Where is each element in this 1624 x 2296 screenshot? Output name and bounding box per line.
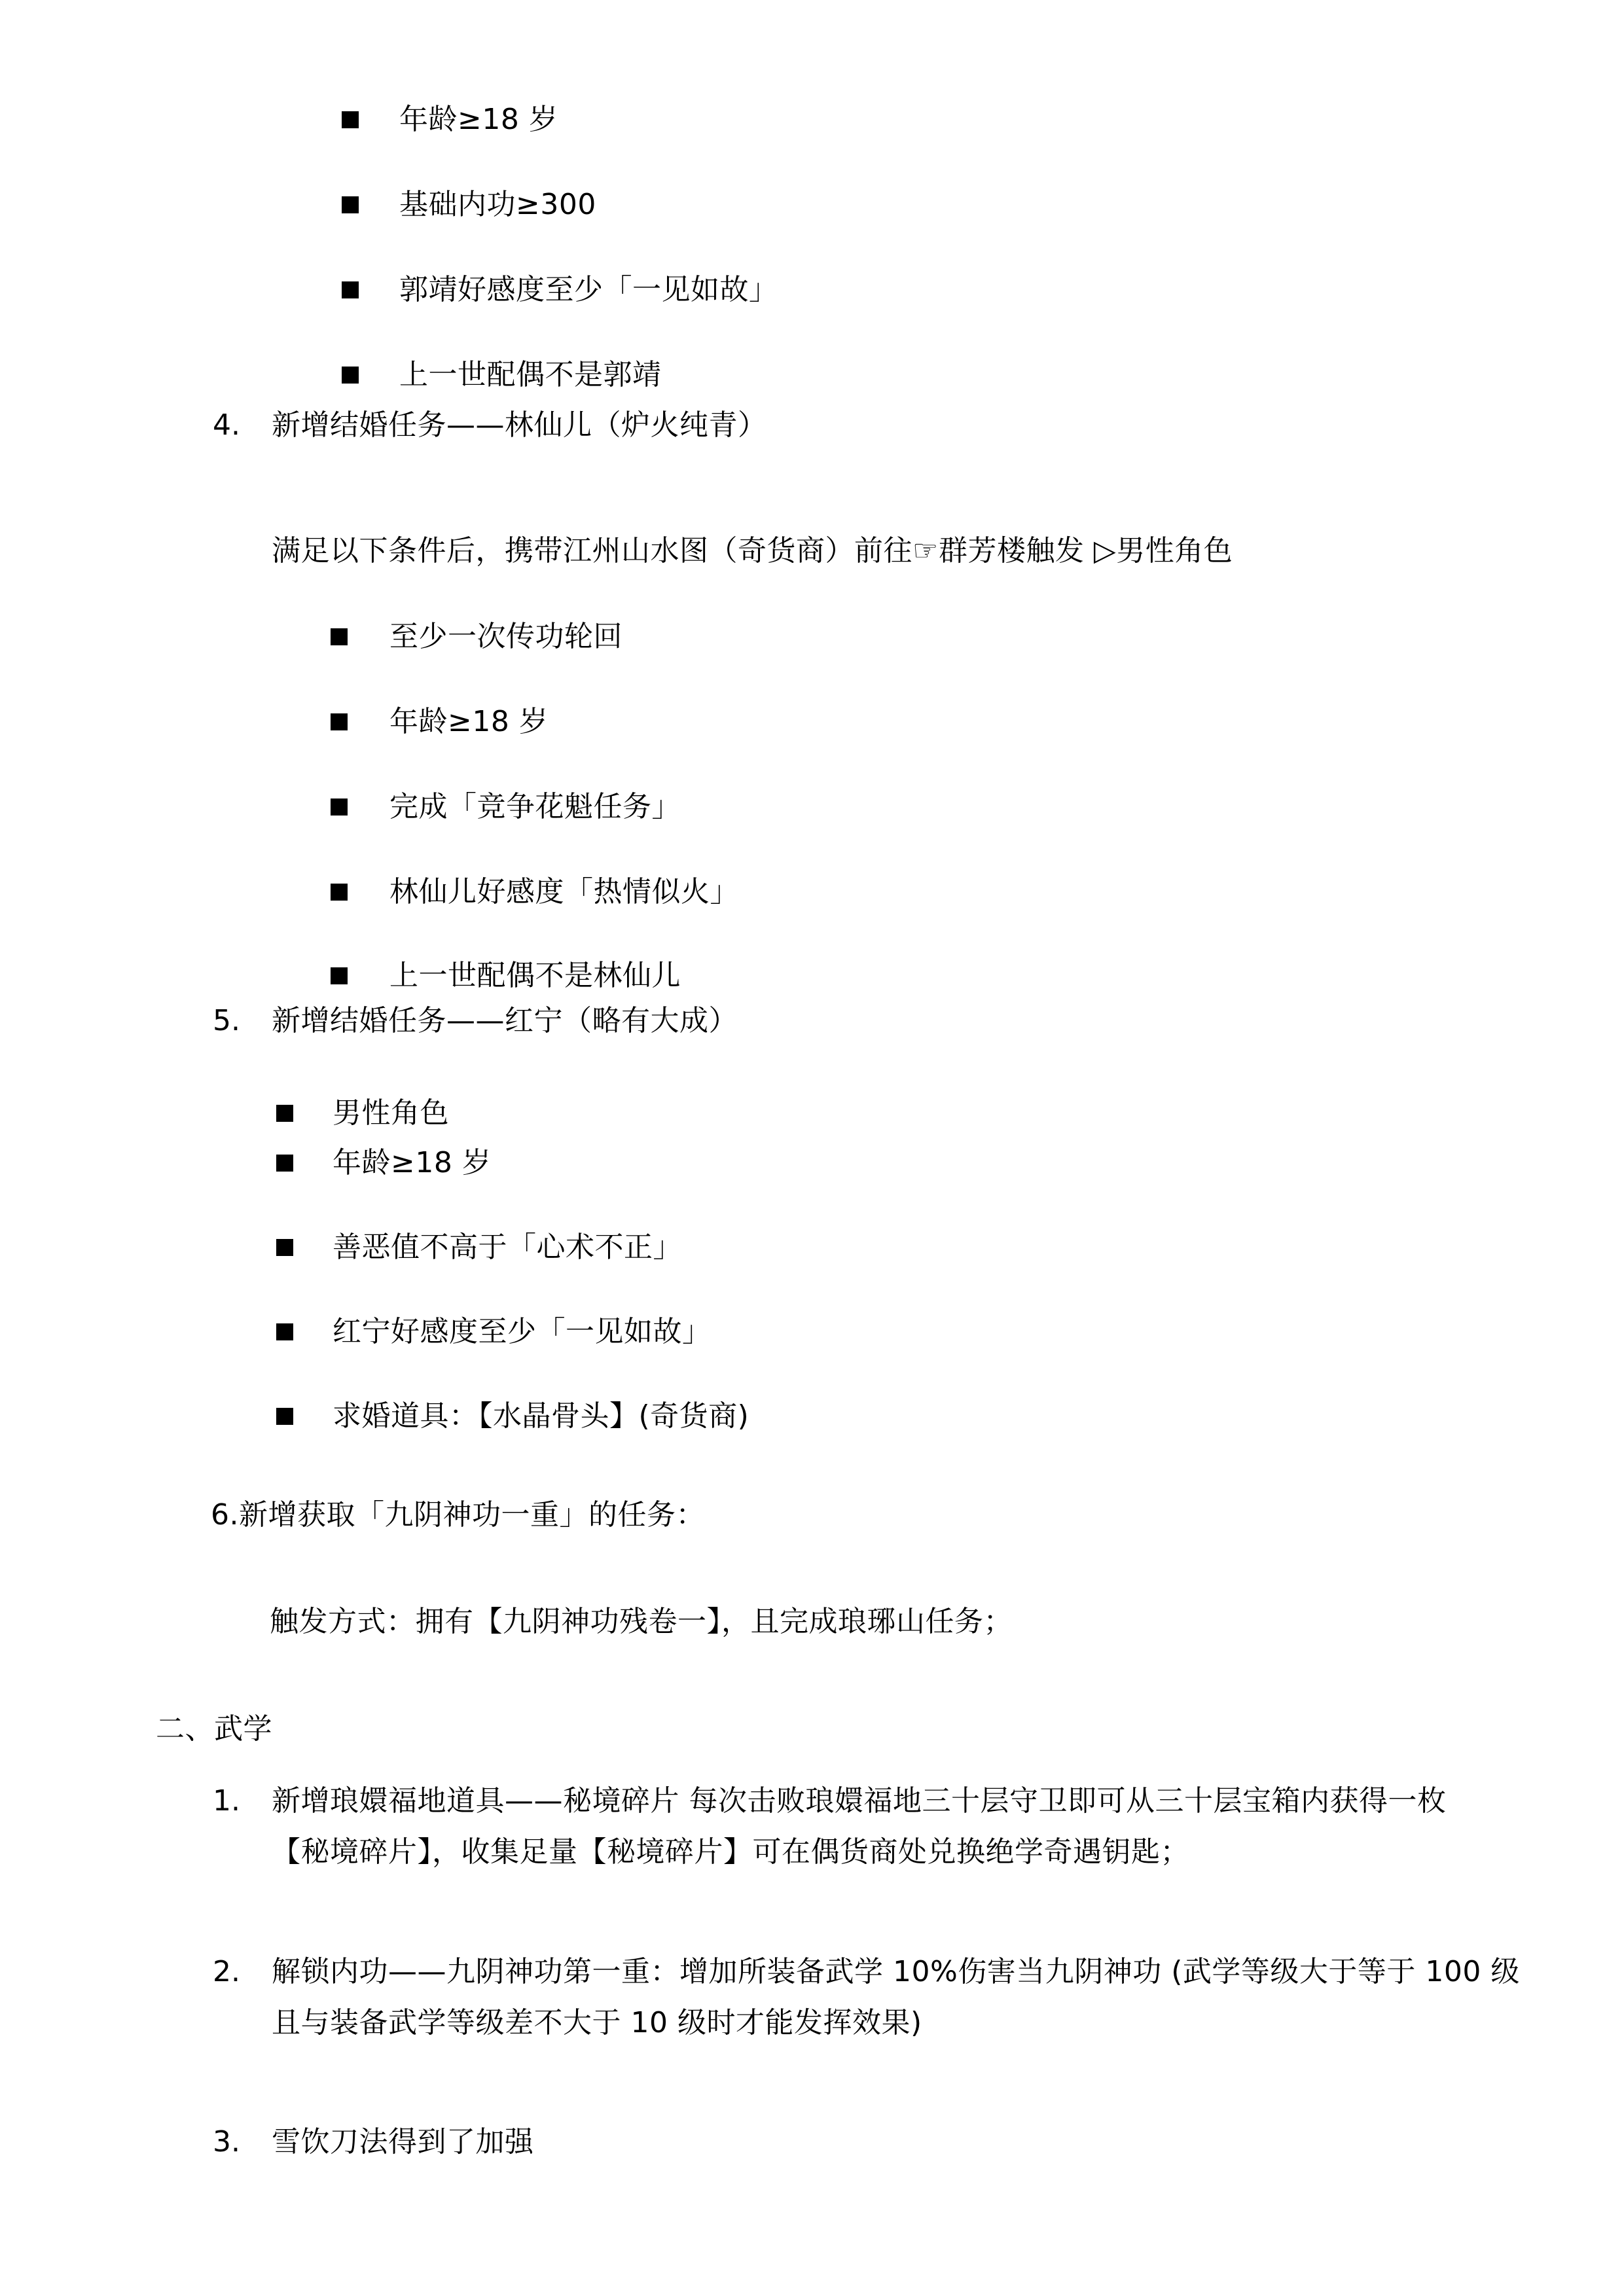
bullet-square-icon [331,884,348,901]
item-title: 新增结婚任务——红宁（略有大成） [272,1001,738,1041]
condition-text: 年龄≥18 岁 [389,702,548,742]
bullet-square-icon [342,196,359,213]
item-intro: 满足以下条件后，携带江州山水图（奇货商）前往☞群芳楼触发 ▷男性角色 [272,531,1233,571]
document-page: 年龄≥18 岁 基础内功≥300 郭靖好感度至少「一见如故」 上一世配偶不是郭靖… [0,0,1624,2296]
section-heading: 二、武学 [156,1710,272,1749]
item-text: 解锁内功——九阴神功第一重：增加所装备武学 10%伤害当九阴神功 (武学等级大于… [272,1952,1520,1992]
condition-text: 年龄≥18 岁 [333,1143,491,1183]
bullet-square-icon [342,111,359,128]
bullet-square-icon [342,367,359,384]
condition-text: 林仙儿好感度「热情似火」 [389,872,739,912]
bullet-square-icon [276,1155,293,1172]
condition-text: 郭靖好感度至少「一见如故」 [399,270,778,310]
condition-text: 上一世配偶不是林仙儿 [389,956,681,996]
bullet-square-icon [331,798,348,816]
list-number: 1. [213,1782,240,1821]
item-text: 且与装备武学等级差不大于 10 级时才能发挥效果) [272,2003,922,2043]
bullet-square-icon [331,628,348,645]
bullet-square-icon [276,1105,293,1122]
item-text: 【秘境碎片】，收集足量【秘境碎片】可在偶货商处兑换绝学奇遇钥匙； [272,1833,1189,1872]
list-number: 3. [213,2123,240,2162]
condition-text: 红宁好感度至少「一见如故」 [333,1312,712,1352]
list-number: 5. [213,1001,240,1041]
bullet-square-icon [331,713,348,730]
item-text: 新增琅嬛福地道具——秘境碎片 每次击败琅嬛福地三十层守卫即可从三十层宝箱内获得一… [272,1782,1446,1821]
item-trigger: 触发方式：拥有【九阴神功残卷一】，且完成琅琊山任务； [270,1602,1013,1641]
condition-text: 完成「竞争花魁任务」 [389,787,681,827]
bullet-square-icon [331,967,348,984]
bullet-square-icon [276,1239,293,1256]
condition-text: 男性角色 [333,1094,449,1133]
item-title: 6.新增获取「九阴神功一重」的任务： [211,1496,705,1535]
bullet-square-icon [342,281,359,298]
condition-text: 善恶值不高于「心术不正」 [333,1228,682,1267]
bullet-square-icon [276,1408,293,1425]
condition-text: 求婚道具：【水晶骨头】(奇货商) [333,1397,749,1436]
list-number: 2. [213,1952,240,1992]
condition-text: 上一世配偶不是郭靖 [399,355,662,395]
item-text: 雪饮刀法得到了加强 [272,2123,534,2162]
list-number: 4. [213,406,240,445]
condition-text: 基础内功≥300 [399,185,596,224]
bullet-square-icon [276,1323,293,1340]
condition-text: 年龄≥18 岁 [399,100,558,139]
condition-text: 至少一次传功轮回 [389,617,623,656]
item-title: 新增结婚任务——林仙儿（炉火纯青） [272,406,767,445]
